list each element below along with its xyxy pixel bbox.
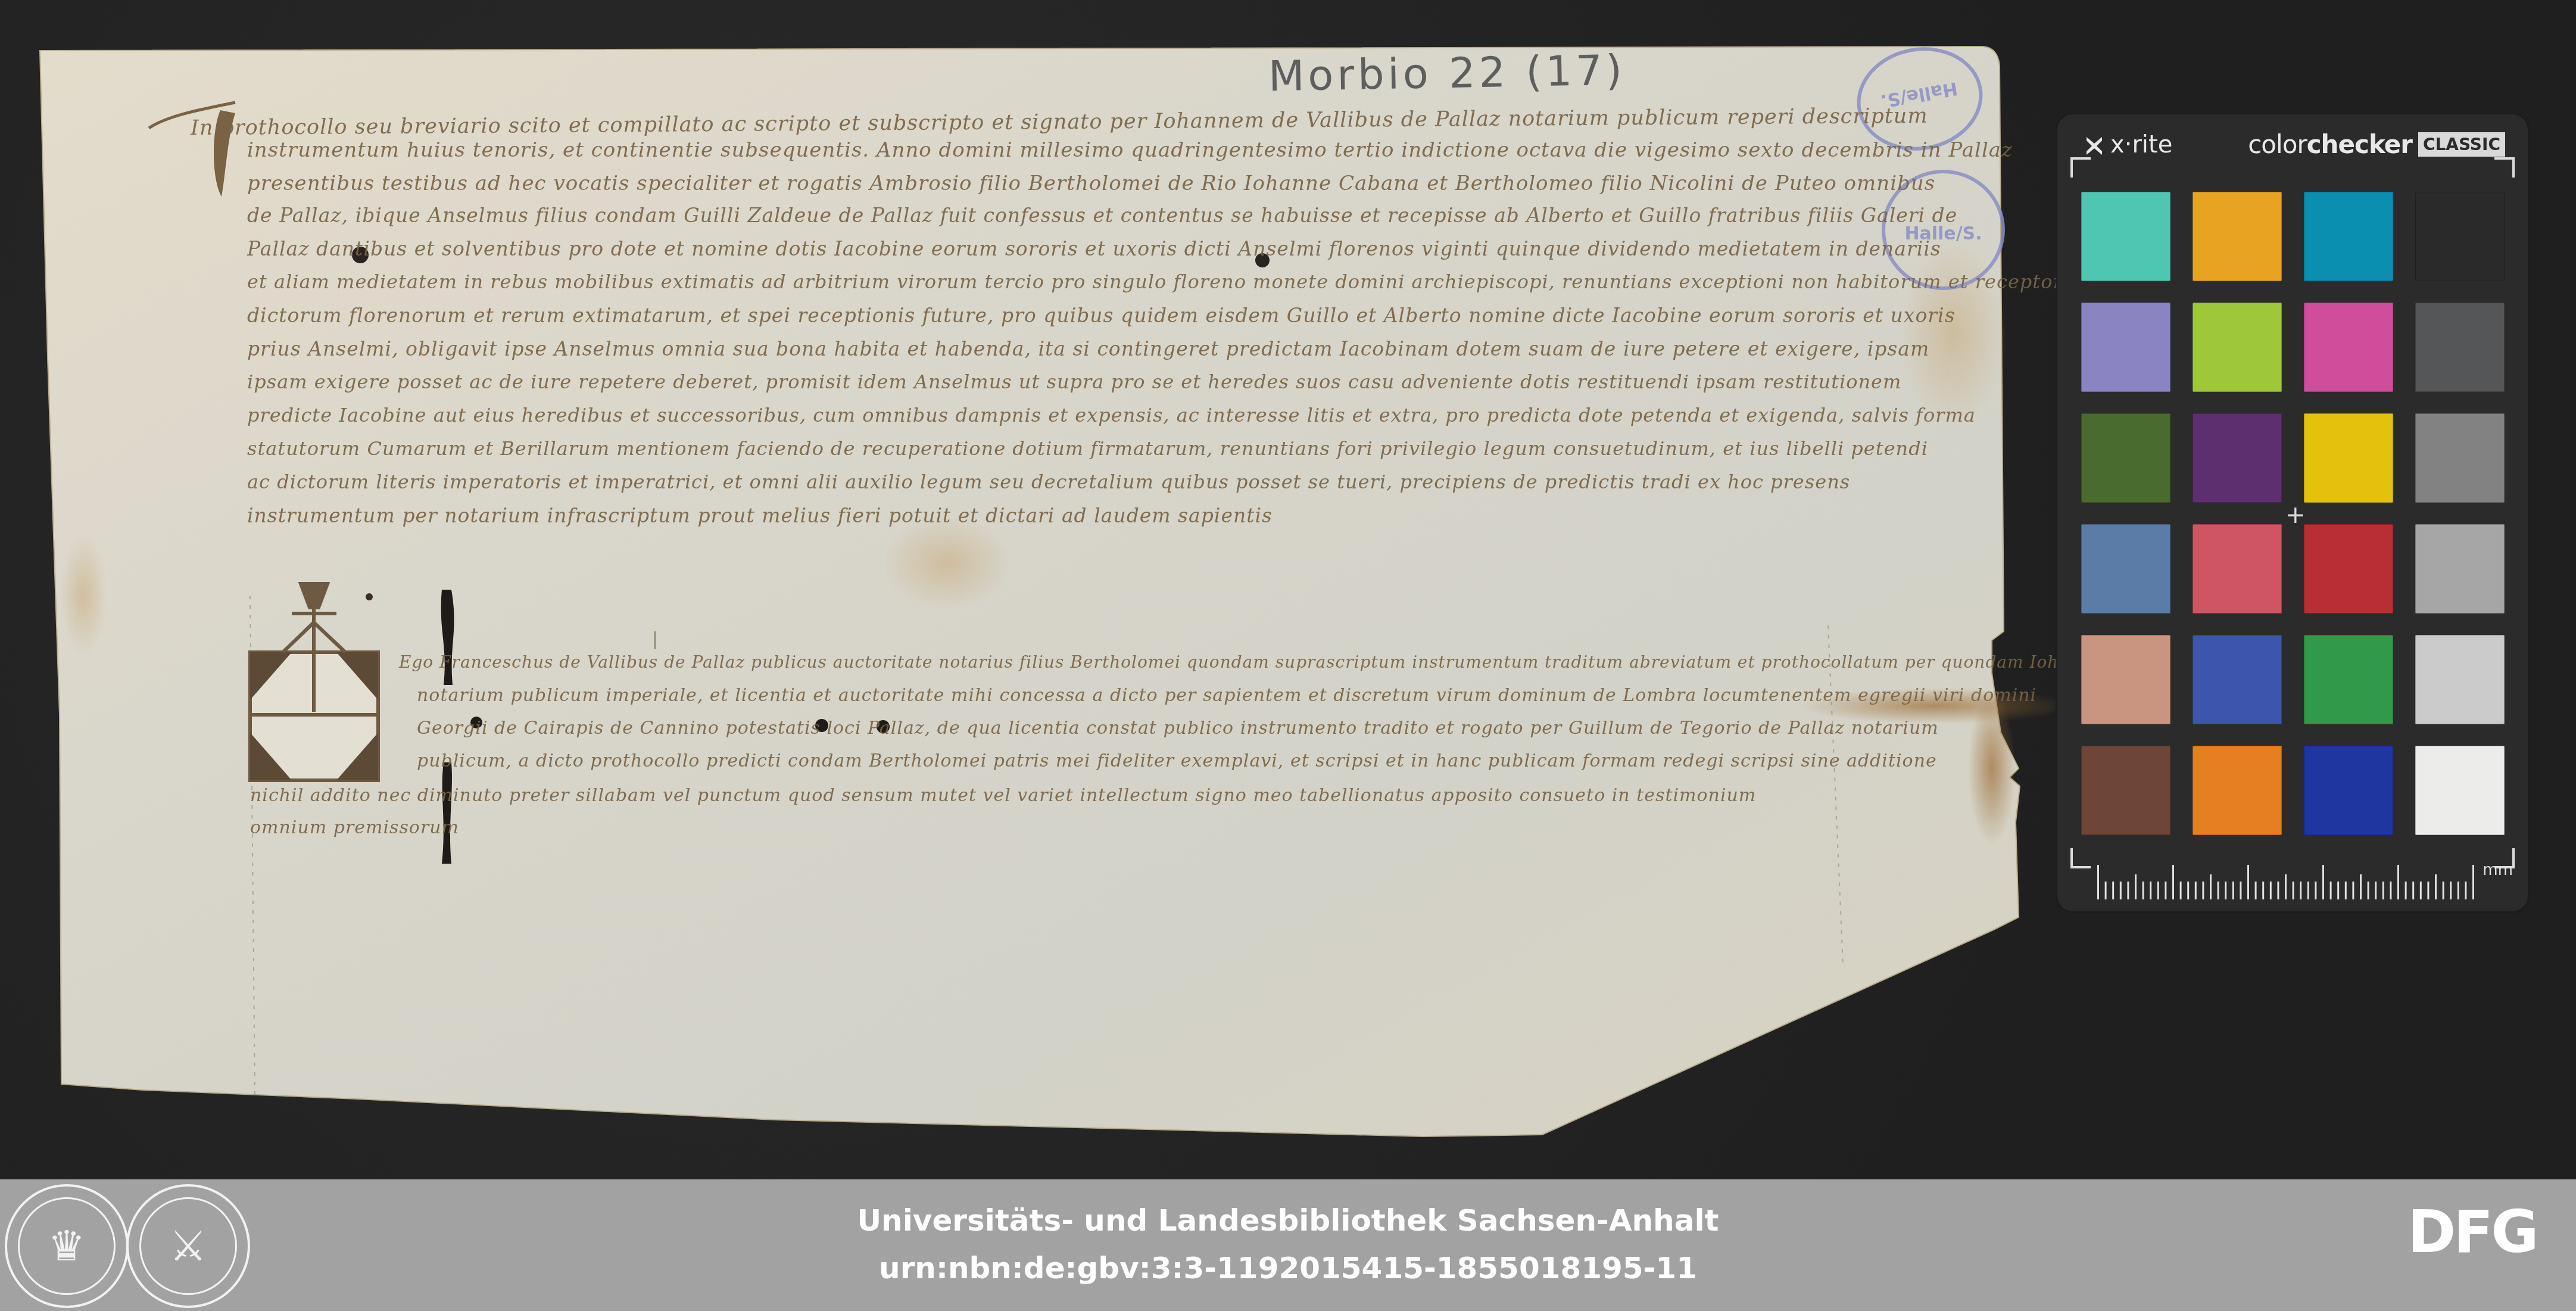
footer-bar: ♛ ⚔ Universitäts- und Landesbibliothek S…: [0, 1179, 2576, 1311]
color-patch: [2193, 303, 2282, 392]
urn-identifier: urn:nbn:de:gbv:3:3-1192015415-1855018195…: [0, 1251, 2576, 1285]
registration-corner-icon: [2070, 848, 2091, 868]
subscription-line: nichil addito nec diminuto preter sillab…: [250, 785, 1756, 806]
color-patch: [2415, 524, 2505, 614]
color-patch: [2304, 303, 2393, 392]
color-patch: [2304, 524, 2393, 614]
color-patch: [2081, 524, 2170, 614]
registration-corner-icon: [2494, 157, 2515, 178]
main-text-line: instrumentum huius tenoris, et continent…: [247, 138, 2013, 162]
institution-name: Universitäts- und Landesbibliothek Sachs…: [0, 1203, 2576, 1238]
subscription-line: notarium publicum imperiale, et licentia…: [417, 685, 2037, 706]
color-patch: [2081, 192, 2170, 281]
main-text-line: instrumentum per notarium infrascriptum …: [247, 504, 1273, 527]
color-patch: [2081, 746, 2170, 835]
xrite-brand-text: x·rite: [2110, 131, 2172, 158]
crosshair-icon: +: [2285, 503, 2306, 527]
color-patch: [2304, 746, 2393, 835]
color-patch: [2081, 413, 2170, 503]
color-patch: [2193, 635, 2282, 724]
subscription-line: publicum, a dicto prothocollo predicti c…: [417, 751, 1937, 771]
dfg-logo: DFG: [2407, 1203, 2537, 1262]
registration-corner-icon: [2070, 157, 2091, 178]
color-checker-card: x·rite color checker CLASSIC + mm: [2057, 114, 2528, 911]
color-patch: [2081, 303, 2170, 392]
color-patch: [2304, 192, 2393, 281]
title-bold: checker: [2307, 130, 2412, 159]
color-patch: [2193, 746, 2282, 835]
xrite-logo: x·rite: [2084, 131, 2172, 158]
subscription-line: Georgii de Cairapis de Cannino potestati…: [417, 718, 1939, 739]
color-patch: [2193, 413, 2282, 503]
title-light: color: [2248, 130, 2306, 159]
edition-badge: CLASSIC: [2418, 132, 2505, 157]
ruler-ticks-icon: [2096, 864, 2477, 899]
color-patch: [2415, 192, 2505, 281]
main-text-line: dictorum florenorum et rerum extimatarum…: [247, 304, 1956, 327]
color-patch: [2193, 524, 2282, 614]
main-text-line: et aliam medietatem in rebus mobilibus e…: [247, 270, 2094, 293]
color-patch: [2304, 635, 2393, 724]
color-patch: [2415, 635, 2505, 724]
color-patch: [2304, 413, 2393, 503]
color-patch: [2415, 413, 2505, 503]
main-text-line: ac dictorum literis imperatoris et imper…: [247, 471, 1850, 493]
ruler-unit-label: mm: [2483, 861, 2513, 879]
subscription-line: omnium premissorum: [250, 817, 459, 838]
main-text-line: statutorum Cumarum et Berillarum mention…: [247, 437, 1928, 460]
main-text-line: Pallaz dantibus et solventibus pro dote …: [247, 237, 1941, 260]
main-text-line: de Pallaz, ibique Anselmus filius condam…: [247, 204, 1957, 227]
mm-ruler: mm: [2096, 864, 2477, 899]
color-patch: [2415, 303, 2505, 392]
main-text-line: prius Anselmi, obligavit ipse Anselmus o…: [247, 337, 1929, 360]
archival-shelfmark-annotation: Morbio 22 (17): [1268, 46, 1626, 101]
subscription-line: Ego Franceschus de Vallibus de Pallaz pu…: [399, 652, 2119, 672]
color-patch: [2415, 746, 2505, 835]
colorchecker-title: color checker CLASSIC: [2248, 130, 2505, 159]
main-text-line: presentibus testibus ad hec vocatis spec…: [247, 172, 1935, 195]
xrite-x-icon: [2084, 135, 2104, 155]
main-text-line: ipsam exigere posset ac de iure repetere…: [247, 370, 1901, 393]
color-patch: [2193, 192, 2282, 281]
main-text-line: predicte Iacobine aut eius heredibus et …: [247, 404, 1976, 426]
color-patch: [2081, 635, 2170, 724]
